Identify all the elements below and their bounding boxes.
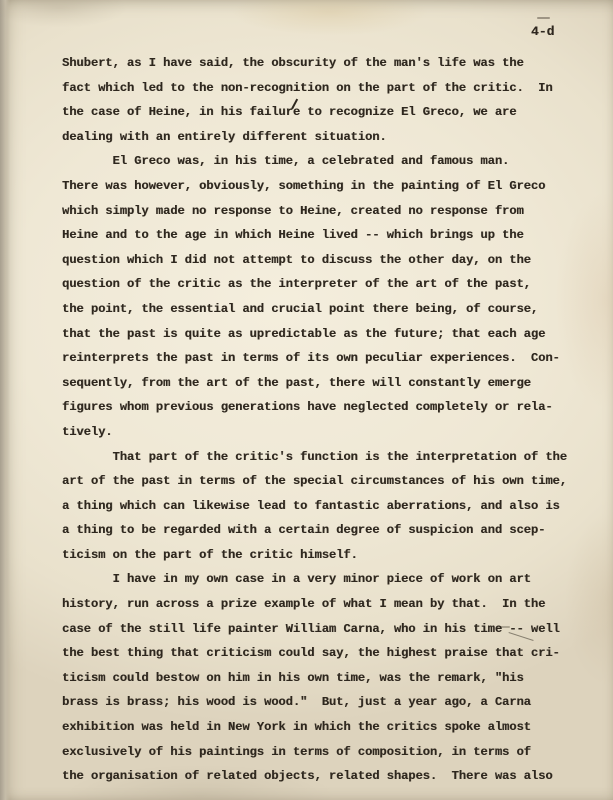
typed-line: a thing which can likewise lead to fanta… xyxy=(62,494,602,519)
typed-line: a thing to be regarded with a certain de… xyxy=(62,518,602,543)
typed-line: ticism could bestow on him in his own ti… xyxy=(62,666,602,691)
typed-line: question of the critic as the interprete… xyxy=(62,272,602,297)
typed-line: Shubert, as I have said, the obscurity o… xyxy=(62,51,602,76)
typed-line: Heine and to the age in which Heine live… xyxy=(62,223,602,248)
typed-line: brass is brass; his wood is wood." But, … xyxy=(62,690,602,715)
typed-line: fact which led to the non-recognition on… xyxy=(62,76,602,101)
typed-line: tively. xyxy=(62,420,602,445)
typed-line: sequently, from the art of the past, the… xyxy=(62,371,602,396)
typed-line: the organisation of related objects, rel… xyxy=(62,764,602,789)
typed-line: reinterprets the past in terms of its ow… xyxy=(62,346,602,371)
page-number: 4-d xyxy=(531,24,554,39)
typed-line: dealing with an entirely different situa… xyxy=(62,125,602,150)
typed-line: the point, the essential and crucial poi… xyxy=(62,297,602,322)
typed-line: That part of the critic's function is th… xyxy=(62,445,602,470)
typed-line: the case of Heine, in his failure to rec… xyxy=(62,100,602,125)
typed-line: that the past is quite as upredictable a… xyxy=(62,322,602,347)
typed-line: history, run across a prize example of w… xyxy=(62,592,602,617)
typewritten-page: 4-d Shubert, as I have said, the obscuri… xyxy=(0,0,613,800)
typed-line: El Greco was, in his time, a celebrated … xyxy=(62,149,602,174)
typed-line: the best thing that criticism could say,… xyxy=(62,641,602,666)
typed-line: There was however, obviously, something … xyxy=(62,174,602,199)
typed-line: ticism on the part of the critic himself… xyxy=(62,543,602,568)
text-block: Shubert, as I have said, the obscurity o… xyxy=(62,51,602,789)
typed-line: figures whom previous generations have n… xyxy=(62,395,602,420)
typed-line: I have in my own case in a very minor pi… xyxy=(62,567,602,592)
typed-line: question which I did not attempt to disc… xyxy=(62,248,602,273)
typed-line: exclusively of his paintings in terms of… xyxy=(62,740,602,765)
pencil-dash-mark xyxy=(537,17,550,19)
typed-line: which simply made no response to Heine, … xyxy=(62,199,602,224)
typed-line: art of the past in terms of the special … xyxy=(62,469,602,494)
typed-line: exhibition was held in New York in which… xyxy=(62,715,602,740)
typed-line: case of the still life painter William C… xyxy=(62,617,602,642)
page-left-edge-shadow xyxy=(0,0,10,800)
